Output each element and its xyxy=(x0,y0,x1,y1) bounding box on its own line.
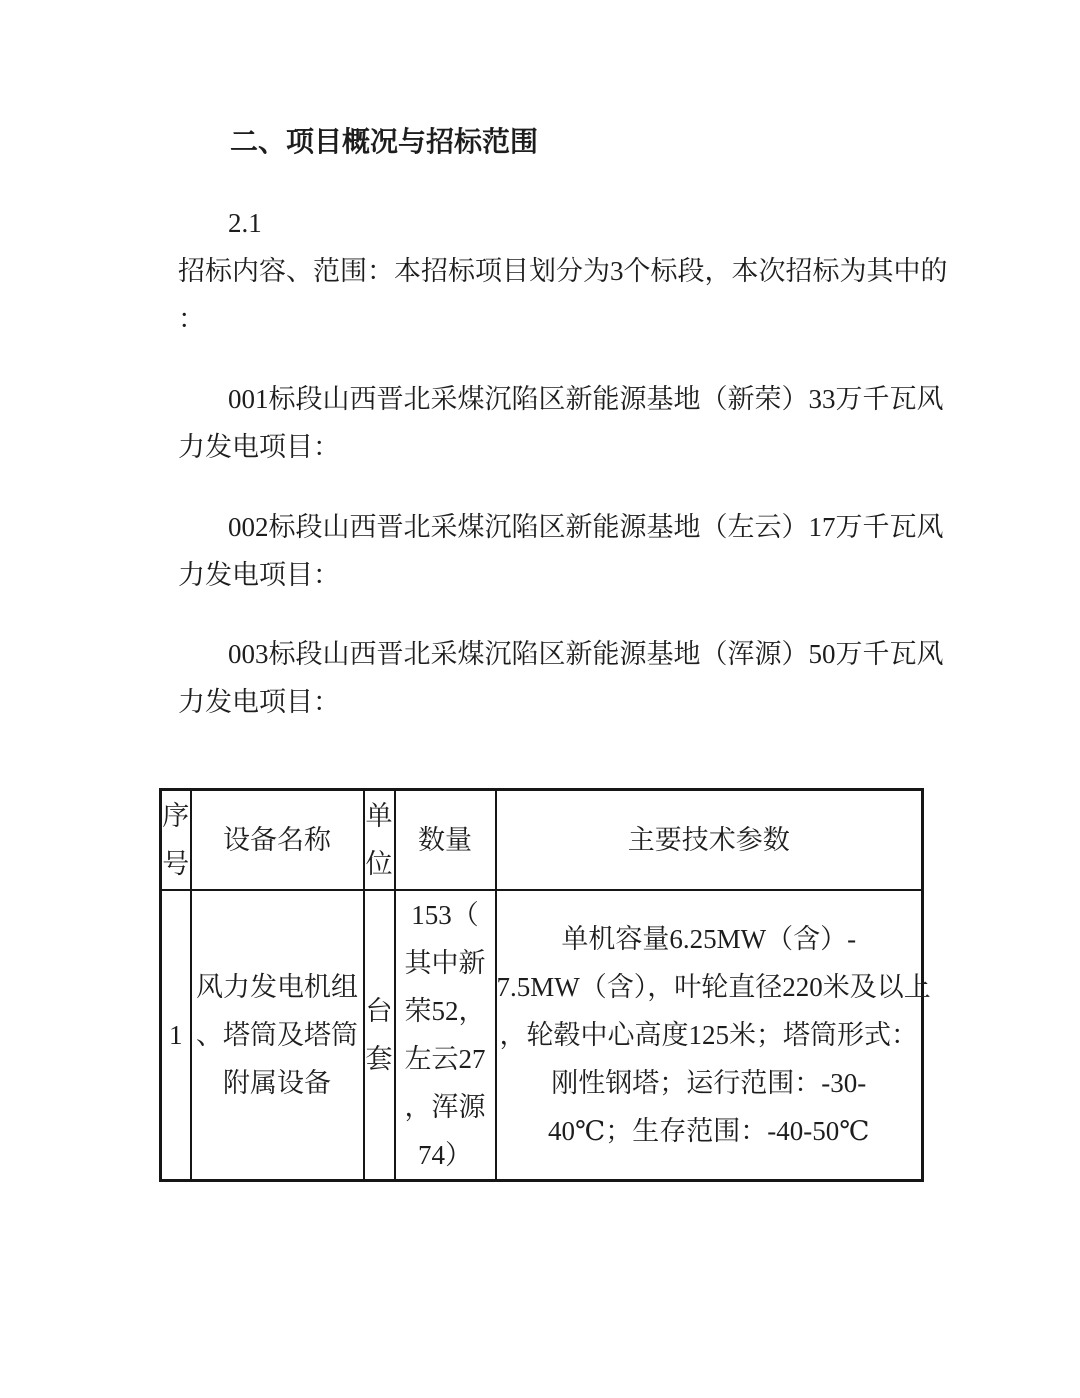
intro-paragraph: 招标内容、范围：本招标项目划分为3个标段，本次招标为其中的 ： xyxy=(178,247,948,343)
col-header-name: 设备名称 xyxy=(191,790,364,890)
lot-003-paragraph: 003标段山西晋北采煤沉陷区新能源基地（浑源）50万千瓦风 力发电项目： xyxy=(178,630,944,726)
param-line-2: 7.5MW（含），叶轮直径220米及以上 xyxy=(497,963,922,1011)
lot-001-line-2: 力发电项目： xyxy=(178,423,944,471)
name-line-1: 风力发电机组 xyxy=(192,963,363,1011)
lot-002-line-2: 力发电项目： xyxy=(178,551,944,599)
qty-line-6: 74） xyxy=(396,1131,495,1179)
table-row: 1 风力发电机组 、塔筒及塔筒 附属设备 台套 153（ 其中新 荣52， 左云… xyxy=(161,890,923,1181)
param-line-1: 单机容量6.25MW（含）- xyxy=(497,915,922,963)
qty-line-3: 荣52， xyxy=(396,987,495,1035)
cell-qty: 153（ 其中新 荣52， 左云27 ，浑源 74） xyxy=(395,890,496,1181)
section-heading: 二、项目概况与招标范围 xyxy=(230,128,538,158)
qty-line-5: ，浑源 xyxy=(396,1083,495,1131)
intro-line-2: ： xyxy=(178,295,948,343)
lot-001-paragraph: 001标段山西晋北采煤沉陷区新能源基地（新荣）33万千瓦风 力发电项目： xyxy=(178,375,944,471)
document-page: 二、项目概况与招标范围 2.1 招标内容、范围：本招标项目划分为3个标段，本次招… xyxy=(0,0,1080,1398)
section-number: 2.1 xyxy=(228,206,262,240)
lot-002-paragraph: 002标段山西晋北采煤沉陷区新能源基地（左云）17万千瓦风 力发电项目： xyxy=(178,503,944,599)
col-header-seq: 序号 xyxy=(161,790,191,890)
param-line-5: 40℃；生存范围：-40-50℃ xyxy=(497,1107,922,1155)
cell-name: 风力发电机组 、塔筒及塔筒 附属设备 xyxy=(191,890,364,1181)
col-header-qty: 数量 xyxy=(395,790,496,890)
col-header-params: 主要技术参数 xyxy=(496,790,923,890)
lot-001-line-1: 001标段山西晋北采煤沉陷区新能源基地（新荣）33万千瓦风 xyxy=(178,375,944,423)
table-header-row: 序号 设备名称 单位 数量 主要技术参数 xyxy=(161,790,923,890)
name-line-3: 附属设备 xyxy=(192,1059,363,1107)
qty-line-4: 左云27 xyxy=(396,1035,495,1083)
cell-seq: 1 xyxy=(161,890,191,1181)
lot-002-line-1: 002标段山西晋北采煤沉陷区新能源基地（左云）17万千瓦风 xyxy=(178,503,944,551)
col-header-unit: 单位 xyxy=(364,790,395,890)
lot-003-line-1: 003标段山西晋北采煤沉陷区新能源基地（浑源）50万千瓦风 xyxy=(178,630,944,678)
lot-003-line-2: 力发电项目： xyxy=(178,678,944,726)
qty-line-1: 153（ xyxy=(396,891,495,939)
intro-line-1: 招标内容、范围：本招标项目划分为3个标段，本次招标为其中的 xyxy=(178,247,948,295)
param-line-4: 刚性钢塔；运行范围：-30- xyxy=(497,1059,922,1107)
qty-line-2: 其中新 xyxy=(396,939,495,987)
param-line-3: ，轮毂中心高度125米；塔筒形式： xyxy=(497,1011,922,1059)
cell-unit: 台套 xyxy=(364,890,395,1181)
name-line-2: 、塔筒及塔筒 xyxy=(192,1011,363,1059)
equipment-table: 序号 设备名称 单位 数量 主要技术参数 1 风力发电机组 、塔筒及塔筒 附属设… xyxy=(159,788,924,1182)
cell-params: 单机容量6.25MW（含）- 7.5MW（含），叶轮直径220米及以上 ，轮毂中… xyxy=(496,890,923,1181)
